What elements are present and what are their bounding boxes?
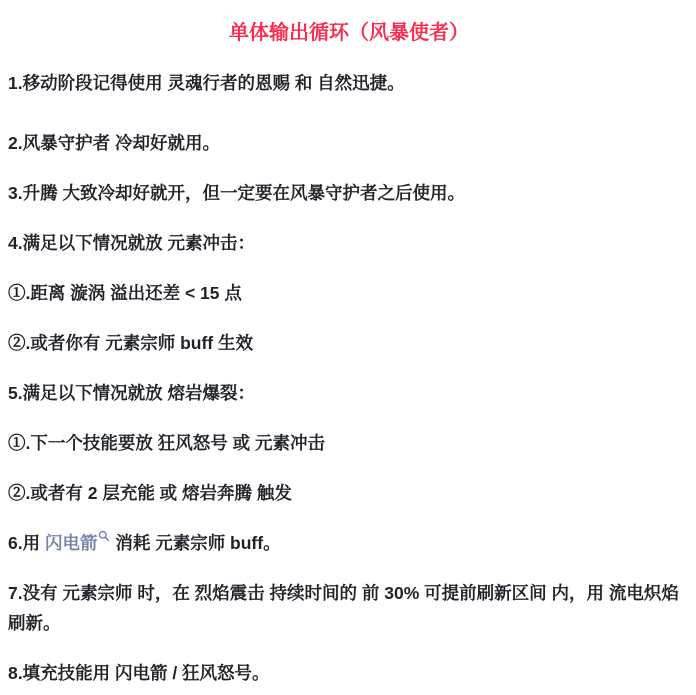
rotation-step-5-condition-2: ②.或者有 2 层充能 或 熔岩奔腾 触发 xyxy=(8,478,690,508)
rotation-step-2: 2.风暴守护者 冷却好就用。 xyxy=(8,128,690,158)
page-title: 单体输出循环（风暴使者） xyxy=(8,20,690,46)
rotation-step-8: 8.填充技能用 闪电箭 / 狂风怒号。 xyxy=(8,658,690,688)
rotation-step-1: 1.移动阶段记得使用 灵魂行者的恩赐 和 自然迅捷。 xyxy=(8,68,690,98)
lightning-bolt-skill-link[interactable]: 闪电箭 xyxy=(45,533,98,553)
magnifier-icon[interactable] xyxy=(98,530,110,542)
rotation-step-3: 3.升腾 大致冷却好就开，但一定要在风暴守护者之后使用。 xyxy=(8,178,690,208)
rotation-step-4-condition-1: ①.距离 漩涡 溢出还差 < 15 点 xyxy=(8,278,690,308)
rotation-step-4-condition-2: ②.或者你有 元素宗师 buff 生效 xyxy=(8,328,690,358)
rotation-step-5-condition-1: ①.下一个技能要放 狂风怒号 或 元素冲击 xyxy=(8,428,690,458)
step-6-text-suffix: 消耗 元素宗师 buff。 xyxy=(110,533,280,553)
rotation-step-5: 5.满足以下情况就放 熔岩爆裂： xyxy=(8,378,690,408)
rotation-step-4: 4.满足以下情况就放 元素冲击： xyxy=(8,228,690,258)
step-6-text-prefix: 6.用 xyxy=(8,533,45,553)
rotation-guide-page: 单体输出循环（风暴使者） 1.移动阶段记得使用 灵魂行者的恩赐 和 自然迅捷。 … xyxy=(0,0,696,695)
rotation-step-6: 6.用 闪电箭 消耗 元素宗师 buff。 xyxy=(8,528,690,558)
rotation-step-7: 7.没有 元素宗师 时，在 烈焰震击 持续时间的 前 30% 可提前刷新区间 内… xyxy=(8,578,690,638)
